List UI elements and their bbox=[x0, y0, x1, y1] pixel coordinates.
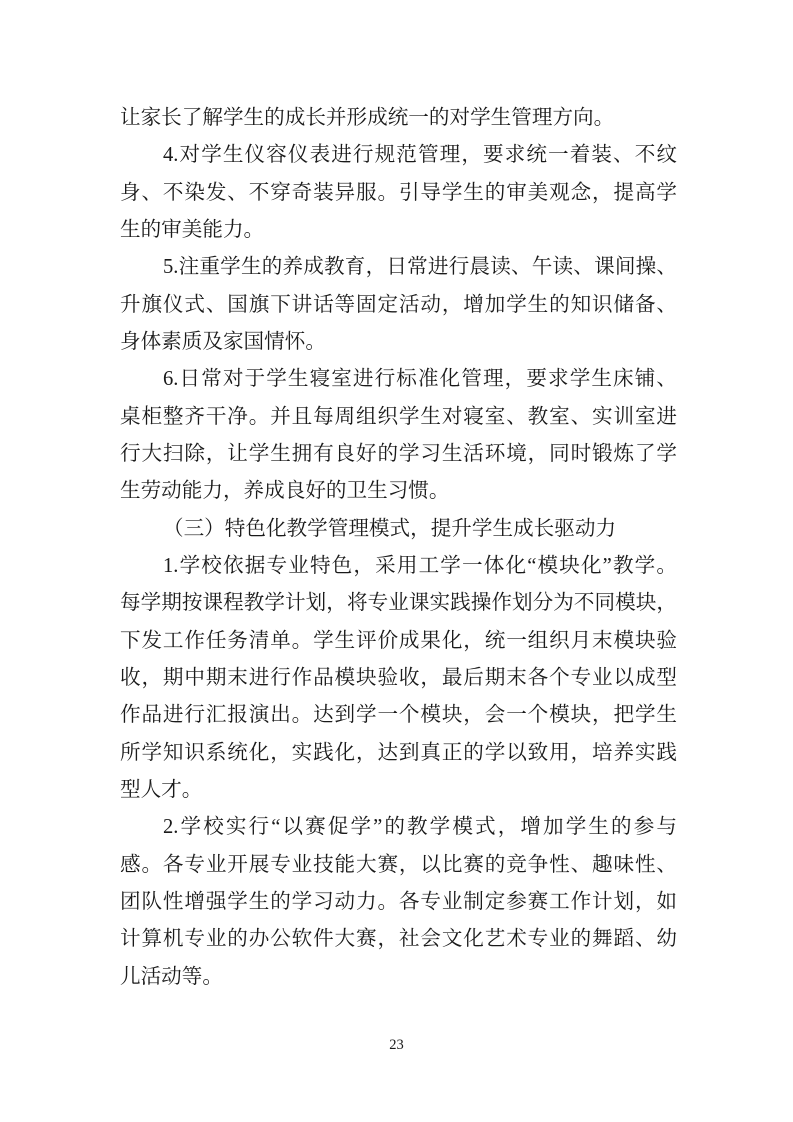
text-line: 2.学校实行“以赛促学”的教学模式，增加学生的参与 bbox=[120, 809, 677, 846]
document-body: 让家长了解学生的成长并形成统一的对学生管理方向。4.对学生仪容仪表进行规范管理，… bbox=[120, 100, 677, 996]
document-page: 让家长了解学生的成长并形成统一的对学生管理方向。4.对学生仪容仪表进行规范管理，… bbox=[0, 0, 793, 1122]
text-line: 收，期中期末进行作品模块验收，最后期末各个专业以成型 bbox=[120, 660, 677, 697]
text-line: 行大扫除，让学生拥有良好的学习生活环境，同时锻炼了学 bbox=[120, 436, 677, 473]
text-line: 5.注重学生的养成教育，日常进行晨读、午读、课间操、 bbox=[120, 249, 677, 286]
text-line: 下发工作任务清单。学生评价成果化，统一组织月末模块验 bbox=[120, 623, 677, 660]
page-number: 23 bbox=[389, 1037, 404, 1053]
text-line: 生的审美能力。 bbox=[120, 212, 677, 249]
text-line: 型人才。 bbox=[120, 772, 677, 809]
text-line: 每学期按课程教学计划，将专业课实践操作划分为不同模块， bbox=[120, 585, 677, 622]
text-line: 身、不染发、不穿奇装异服。引导学生的审美观念，提高学 bbox=[120, 175, 677, 212]
text-line: 升旗仪式、国旗下讲话等固定活动，增加学生的知识储备、 bbox=[120, 287, 677, 324]
text-line: 1.学校依据专业特色，采用工学一体化“模块化”教学。 bbox=[120, 548, 677, 585]
text-line: 作品进行汇报演出。达到学一个模块，会一个模块，把学生 bbox=[120, 697, 677, 734]
text-line: 团队性增强学生的学习动力。各专业制定参赛工作计划，如 bbox=[120, 884, 677, 921]
text-line: 计算机专业的办公软件大赛，社会文化艺术专业的舞蹈、幼 bbox=[120, 921, 677, 958]
page-footer: 23 bbox=[0, 1036, 793, 1054]
text-line: 让家长了解学生的成长并形成统一的对学生管理方向。 bbox=[120, 100, 677, 137]
text-line: （三）特色化教学管理模式，提升学生成长驱动力 bbox=[120, 511, 677, 548]
text-line: 身体素质及家国情怀。 bbox=[120, 324, 677, 361]
text-line: 桌柜整齐干净。并且每周组织学生对寝室、教室、实训室进 bbox=[120, 399, 677, 436]
text-line: 感。各专业开展专业技能大赛，以比赛的竞争性、趣味性、 bbox=[120, 847, 677, 884]
text-line: 6.日常对于学生寝室进行标准化管理，要求学生床铺、 bbox=[120, 361, 677, 398]
text-line: 儿活动等。 bbox=[120, 959, 677, 996]
text-line: 生劳动能力，养成良好的卫生习惯。 bbox=[120, 473, 677, 510]
text-line: 所学知识系统化，实践化，达到真正的学以致用，培养实践 bbox=[120, 735, 677, 772]
text-line: 4.对学生仪容仪表进行规范管理，要求统一着装、不纹 bbox=[120, 137, 677, 174]
